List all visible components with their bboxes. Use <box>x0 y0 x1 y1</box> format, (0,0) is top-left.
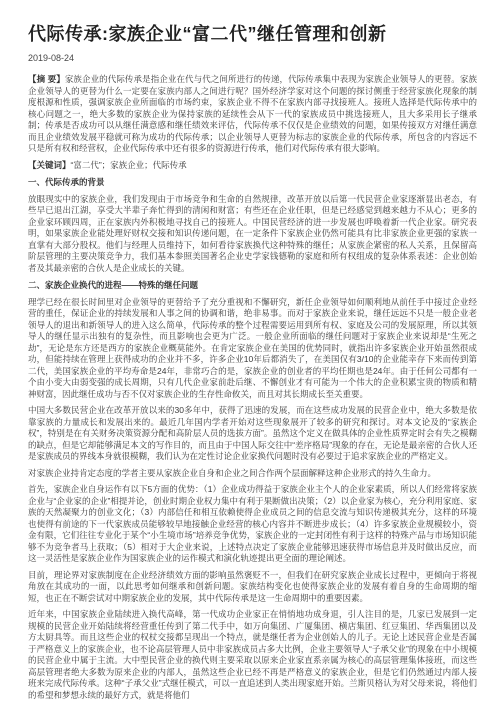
article-page: 代际传承:家族企业“富二代”继任管理和创新 2019-08-24 【摘 要】家族… <box>0 0 504 713</box>
body-paragraph: 近年来，中国家族企业陆续进入换代高峰，第一代成功企业家正在悄悄地功成身退，引人注… <box>28 609 477 701</box>
body-paragraph: 对家族企业持肯定态度的学者主要从家族企业自身和企业之间合作两个层面解释这种企业形… <box>28 468 477 480</box>
abstract-text: 家族企业的代际传承是指企业在代与代之间所进行的传递，代际传承集中表现为家族企业领… <box>28 74 477 153</box>
abstract-paragraph: 【摘 要】家族企业的代际传承是指企业在代与代之间所进行的传递，代际传承集中表现为… <box>28 74 477 155</box>
body-paragraph: 放眼现实中的家族企业，我们发现由于市场竞争和生命的自然规律，改革开放以后第一代民… <box>28 194 477 275</box>
keywords-text: “富二代”；家族企业；代际传承 <box>71 160 187 170</box>
body-paragraph: 理学已经在很长时间里对企业领导的更替给予了充分重视和不懈研究，新任企业领导如何顺… <box>28 297 477 401</box>
body-paragraph: 中国大多数民营企业在改革开放以来的30多年中，获得了迅速的发展，而在这些成功发展… <box>28 405 477 463</box>
publish-date: 2019-08-24 <box>28 53 477 64</box>
abstract-label: 【摘 要】 <box>28 74 65 84</box>
page-title: 代际传承:家族企业“富二代”继任管理和创新 <box>28 25 477 44</box>
keywords-paragraph: 【关键词】“富二代”；家族企业；代际传承 <box>28 160 477 172</box>
keywords-label: 【关键词】 <box>28 160 71 170</box>
body-paragraph: 首先，家族企业自身运作有以下5方面的优势：（1）企业成功得益于家族企业主个人的企… <box>28 484 477 565</box>
section-heading-succession-process: 二、家族企业换代的进程——特殊的继任问题 <box>28 280 477 292</box>
section-heading-background: 一、代际传承的背景 <box>28 177 477 189</box>
body-paragraph: 目前，理论界对家族制度在企业经济绩效方面的影响虽然褒贬不一，但我们在研究家族企业… <box>28 570 477 605</box>
